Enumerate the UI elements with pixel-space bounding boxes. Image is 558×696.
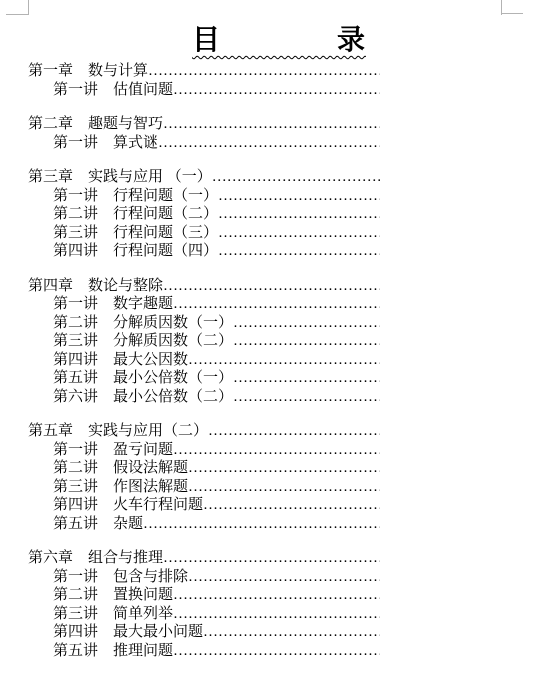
lecture-item: 第四讲 行程问题（四） …………………………………………………………………………… — [28, 242, 380, 261]
lecture-number: 第二讲 — [53, 205, 98, 224]
chapter-number: 第四章 — [28, 277, 73, 296]
lecture-item: 第一讲 包含与排除 ………………………………………………………………………………… — [28, 568, 380, 587]
lecture-title: 最大最小问题 — [113, 623, 203, 642]
lecture-title: 杂题 — [113, 515, 143, 534]
dot-leader: …………………………………………………………………………………………………………… — [188, 568, 380, 587]
lecture-number: 第五讲 — [53, 369, 98, 388]
lecture-number: 第二讲 — [53, 586, 98, 605]
chapter-heading: 第二章 趣题与智巧 ………………………………………………………………………………… — [28, 115, 380, 134]
chapter-number: 第六章 — [28, 549, 73, 568]
lecture-item: 第四讲 最大公因数 ………………………………………………………………………………… — [28, 351, 380, 370]
chapter-title: 实践与应用（二） — [88, 422, 208, 441]
lecture-item: 第五讲 杂题 ………………………………………………………………………………………… — [28, 515, 380, 534]
dot-leader: …………………………………………………………………………………………………………… — [203, 623, 380, 642]
dot-leader: …………………………………………………………………………………………………………… — [203, 496, 380, 515]
lecture-title: 分解质因数（一） — [113, 314, 233, 333]
dot-leader: …………………………………………………………………………………………………………… — [158, 134, 380, 153]
dot-leader: …………………………………………………………………………………………………………… — [173, 605, 380, 624]
lecture-title: 最小公倍数（一） — [113, 369, 233, 388]
lecture-title: 简单列举 — [113, 605, 173, 624]
lecture-number: 第二讲 — [53, 459, 98, 478]
lecture-item: 第二讲 行程问题（二） …………………………………………………………………………… — [28, 205, 380, 224]
dot-leader: …………………………………………………………………………………………………………… — [173, 441, 380, 460]
lecture-number: 第一讲 — [53, 187, 98, 206]
chapter-title: 数与计算 — [88, 62, 148, 81]
lecture-number: 第六讲 — [53, 388, 98, 407]
lecture-number: 第四讲 — [53, 496, 98, 515]
lecture-item: 第一讲 估值问题 …………………………………………………………………………………… — [28, 81, 380, 100]
chapter-heading: 第四章 数论与整除 ………………………………………………………………………………… — [28, 277, 380, 296]
lecture-number: 第四讲 — [53, 242, 98, 261]
lecture-title: 包含与排除 — [113, 568, 188, 587]
lecture-title: 最小公倍数（二） — [113, 388, 233, 407]
lecture-title: 行程问题（一） — [113, 187, 218, 206]
chapter-block-4: 第四章 数论与整除 ………………………………………………………………………………… — [28, 277, 380, 407]
chapter-block-1: 第一章 数与计算 …………………………………………………………………………………… — [28, 62, 380, 99]
lecture-item: 第三讲 分解质因数（二） ………………………………………………………………………… — [28, 332, 380, 351]
lecture-item: 第五讲 最小公倍数（一） ………………………………………………………………………… — [28, 369, 380, 388]
chapter-title: 趣题与智巧 — [88, 115, 163, 134]
lecture-number: 第一讲 — [53, 134, 98, 153]
dot-leader: …………………………………………………………………………………………………………… — [233, 332, 380, 351]
lecture-item: 第一讲 盈亏问题 …………………………………………………………………………………… — [28, 441, 380, 460]
lecture-number: 第三讲 — [53, 332, 98, 351]
lecture-item: 第一讲 数字趣题 …………………………………………………………………………………… — [28, 295, 380, 314]
title-row: 目 录 — [0, 27, 558, 55]
lecture-title: 数字趣题 — [113, 295, 173, 314]
lecture-item: 第一讲 算式谜 ……………………………………………………………………………………… — [28, 134, 380, 153]
chapter-title: 数论与整除 — [88, 277, 163, 296]
dot-leader: …………………………………………………………………………………………………………… — [173, 81, 380, 100]
lecture-number: 第三讲 — [53, 478, 98, 497]
chapter-block-3: 第三章 实践与应用 （一） ……………………………………………………………………… — [28, 168, 380, 261]
lecture-title: 推理问题 — [113, 642, 173, 661]
margin-crop-mark-top-left-horizontal — [6, 14, 29, 15]
lecture-title: 行程问题（三） — [113, 224, 218, 243]
table-of-contents: 第一章 数与计算 …………………………………………………………………………………… — [28, 62, 380, 660]
dot-leader: …………………………………………………………………………………………………………… — [233, 314, 380, 333]
dot-leader: …………………………………………………………………………………………………………… — [148, 62, 380, 81]
chapter-number: 第二章 — [28, 115, 73, 134]
margin-crop-mark-top-right-horizontal — [501, 13, 523, 14]
dot-leader: …………………………………………………………………………………………………………… — [188, 351, 380, 370]
dot-leader: …………………………………………………………………………………………………………… — [188, 459, 380, 478]
chapter-heading: 第一章 数与计算 …………………………………………………………………………………… — [28, 62, 380, 81]
chapter-block-2: 第二章 趣题与智巧 ………………………………………………………………………………… — [28, 115, 380, 152]
lecture-item: 第五讲 推理问题 …………………………………………………………………………………… — [28, 642, 380, 661]
lecture-title: 火车行程问题 — [113, 496, 203, 515]
dot-leader: …………………………………………………………………………………………………………… — [143, 515, 380, 534]
chapter-title: 组合与推理 — [88, 549, 163, 568]
lecture-item: 第一讲 行程问题（一） …………………………………………………………………………… — [28, 187, 380, 206]
lecture-item: 第四讲 最大最小问题 ……………………………………………………………………………… — [28, 623, 380, 642]
dot-leader: …………………………………………………………………………………………………………… — [173, 586, 380, 605]
lecture-title: 最大公因数 — [113, 351, 188, 370]
lecture-title: 置换问题 — [113, 586, 173, 605]
lecture-item: 第六讲 最小公倍数（二） ………………………………………………………………………… — [28, 388, 380, 407]
lecture-number: 第五讲 — [53, 642, 98, 661]
lecture-number: 第五讲 — [53, 515, 98, 534]
dot-leader: …………………………………………………………………………………………………………… — [163, 277, 380, 296]
dot-leader: …………………………………………………………………………………………………………… — [218, 242, 380, 261]
lecture-item: 第二讲 分解质因数（一） ………………………………………………………………………… — [28, 314, 380, 333]
dot-leader: …………………………………………………………………………………………………………… — [163, 549, 380, 568]
lecture-item: 第四讲 火车行程问题 ……………………………………………………………………………… — [28, 496, 380, 515]
dot-leader: …………………………………………………………………………………………………………… — [233, 388, 380, 407]
lecture-number: 第一讲 — [53, 295, 98, 314]
lecture-title: 行程问题（二） — [113, 205, 218, 224]
chapter-heading: 第六章 组合与推理 ………………………………………………………………………………… — [28, 549, 380, 568]
lecture-number: 第四讲 — [53, 351, 98, 370]
chapter-number: 第五章 — [28, 422, 73, 441]
chapter-title: 实践与应用 （一） — [88, 168, 212, 187]
lecture-number: 第三讲 — [53, 224, 98, 243]
dot-leader: …………………………………………………………………………………………………………… — [208, 422, 380, 441]
lecture-item: 第二讲 置换问题 …………………………………………………………………………………… — [28, 586, 380, 605]
page-title: 目 录 — [192, 25, 366, 56]
lecture-title: 盈亏问题 — [113, 441, 173, 460]
chapter-block-5: 第五章 实践与应用（二） ………………………………………………………………………… — [28, 422, 380, 533]
chapter-block-6: 第六章 组合与推理 ………………………………………………………………………………… — [28, 549, 380, 660]
dot-leader: …………………………………………………………………………………………………………… — [173, 295, 380, 314]
lecture-title: 假设法解题 — [113, 459, 188, 478]
margin-crop-mark-top-left-vertical — [28, 0, 29, 15]
document-page: 目 录 第一章 数与计算 ………………………………………………………………………… — [0, 0, 558, 696]
lecture-number: 第四讲 — [53, 623, 98, 642]
lecture-number: 第二讲 — [53, 314, 98, 333]
lecture-item: 第二讲 假设法解题 ………………………………………………………………………………… — [28, 459, 380, 478]
dot-leader: …………………………………………………………………………………………………………… — [163, 115, 380, 134]
dot-leader: …………………………………………………………………………………………………………… — [218, 205, 380, 224]
chapter-number: 第一章 — [28, 62, 73, 81]
chapter-heading: 第五章 实践与应用（二） ………………………………………………………………………… — [28, 422, 380, 441]
dot-leader: …………………………………………………………………………………………………………… — [218, 187, 380, 206]
dot-leader: …………………………………………………………………………………………………………… — [212, 168, 380, 187]
lecture-item: 第三讲 行程问题（三） …………………………………………………………………………… — [28, 224, 380, 243]
lecture-number: 第三讲 — [53, 605, 98, 624]
lecture-title: 分解质因数（二） — [113, 332, 233, 351]
lecture-item: 第三讲 简单列举 …………………………………………………………………………………… — [28, 605, 380, 624]
dot-leader: …………………………………………………………………………………………………………… — [173, 642, 380, 661]
lecture-number: 第一讲 — [53, 568, 98, 587]
chapter-heading: 第三章 实践与应用 （一） ……………………………………………………………………… — [28, 168, 380, 187]
lecture-title: 算式谜 — [113, 134, 158, 153]
dot-leader: …………………………………………………………………………………………………………… — [233, 369, 380, 388]
lecture-title: 作图法解题 — [113, 478, 188, 497]
lecture-item: 第三讲 作图法解题 ………………………………………………………………………………… — [28, 478, 380, 497]
lecture-title: 行程问题（四） — [113, 242, 218, 261]
lecture-title: 估值问题 — [113, 81, 173, 100]
lecture-number: 第一讲 — [53, 441, 98, 460]
chapter-number: 第三章 — [28, 168, 73, 187]
lecture-number: 第一讲 — [53, 81, 98, 100]
dot-leader: …………………………………………………………………………………………………………… — [188, 478, 380, 497]
dot-leader: …………………………………………………………………………………………………………… — [218, 224, 380, 243]
